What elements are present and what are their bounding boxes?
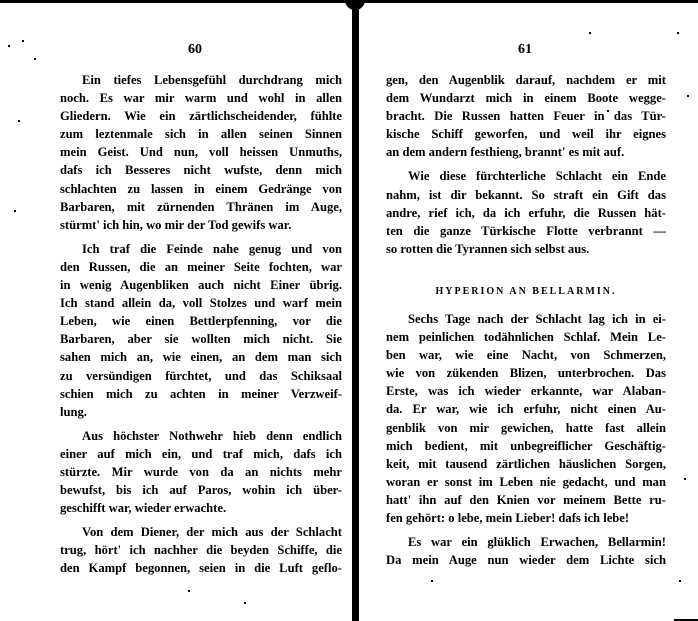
text-line: gen, den Augenblik darauf, nachdem er mi… xyxy=(386,71,666,89)
text-line: bewufst, bis ich auf Paros, wohin ich üb… xyxy=(60,481,342,499)
scan-speck xyxy=(18,120,20,122)
text-line: schlachten zu lassen in einem Gedränge v… xyxy=(60,180,342,198)
text-line: keit, mit tausend zärtlichen häuslichen … xyxy=(386,455,666,473)
text-line: Sechs Tage nach der Schlacht lag ich in … xyxy=(386,310,666,328)
paragraph: Es war ein glüklich Erwachen, Bellarmin!… xyxy=(386,533,666,569)
paragraph: Ich traf die Feinde nahe genug und von d… xyxy=(60,240,342,421)
scan-speck xyxy=(607,110,609,112)
text-line: hatt' ihn auf den Knien vor meinem Bette… xyxy=(386,491,666,509)
section-heading: HYPERION AN BELLARMIN. xyxy=(386,280,666,304)
text-line: noch. Es war mir warm und wohl in allen xyxy=(60,89,342,107)
text-line: dafs ich Besseres nicht wufste, denn mic… xyxy=(60,161,342,179)
text-line: mein Geist. Und nun, voll heissen Unmuth… xyxy=(60,143,342,161)
text-line: ben war, wie eine Nacht, von Schmerzen, xyxy=(386,346,666,364)
text-line: stürzte. Mir wurde von da an nichts mehr xyxy=(60,463,342,481)
text-line: in wenig Augenbliken auch nicht Einer üb… xyxy=(60,276,342,294)
text-line: Gliedern. Wie ein zärtlichscheidender, f… xyxy=(60,107,342,125)
scan-speck xyxy=(8,45,10,47)
text-line: Aus höchster Nothwehr hieb denn endlich xyxy=(60,427,342,445)
scan-speck xyxy=(684,478,686,480)
text-line: so rotten die Tyrannen sich selbst aus. xyxy=(386,240,666,258)
text-line: woran er sonst im Leben nie gedacht, und… xyxy=(386,473,666,491)
scan-speck xyxy=(589,32,591,34)
text-line: den Russen, die an meiner Seite fochten,… xyxy=(60,258,342,276)
paragraph: Ein tiefes Lebensgefühl durchdrang mich … xyxy=(60,71,342,234)
page-number-left: 60 xyxy=(188,42,202,58)
scan-speck xyxy=(677,32,679,34)
text-line: Wie diese fürchterliche Schlacht ein End… xyxy=(386,167,666,185)
text-line: schien mich zu achten in meiner Verzweif… xyxy=(60,385,342,403)
text-line: dem Wundarzt mich in einem Boote wegge- xyxy=(386,89,666,107)
text-line: Barbaren, aber sie wollten mich nicht. S… xyxy=(60,330,342,348)
text-line: den Kampf begonnen, seien in die Luft ge… xyxy=(60,559,342,577)
text-line: Ein tiefes Lebensgefühl durchdrang mich xyxy=(60,71,342,89)
text-line: stürmt' ich hin, wo mir der Tod gewifs w… xyxy=(60,216,342,234)
text-line: Ich stand allein da, voll Stolzes und wa… xyxy=(60,294,342,312)
paragraph: Sechs Tage nach der Schlacht lag ich in … xyxy=(386,310,666,527)
scan-speck xyxy=(244,602,246,604)
right-page: 61 gen, den Augenblik darauf, nachdem er… xyxy=(359,0,698,621)
text-line: kische Schiff geworfen, und weil ihr eig… xyxy=(386,125,666,143)
right-page-text: gen, den Augenblik darauf, nachdem er mi… xyxy=(386,71,666,569)
text-line: Von dem Diener, der mich aus der Schlach… xyxy=(60,523,342,541)
text-line: wie von zükenden Blizen, unterbrochen. D… xyxy=(386,364,666,382)
text-line: Barbaren, mit zürnenden Thränen im Auge, xyxy=(60,198,342,216)
text-line: nem peinlichen todähnlichen Schlaf. Mein… xyxy=(386,328,666,346)
text-line: an dem andern festhieng, brannt' es mit … xyxy=(386,143,666,161)
book-gutter xyxy=(352,0,359,621)
text-line: nahm, ist dir bekannt. So straft ein Gif… xyxy=(386,186,666,204)
text-line: Da mein Auge nun wieder dem Lichte sich xyxy=(386,551,666,569)
text-line: Erste, was ich wieder erkannte, war Alab… xyxy=(386,382,666,400)
text-line: sahen mich an, wie einen, an dem man sic… xyxy=(60,348,342,366)
text-line: genblik von mir gewichen, hatte fast all… xyxy=(386,419,666,437)
paragraph: Wie diese fürchterliche Schlacht ein End… xyxy=(386,167,666,257)
text-line: zum leztenmale sich in allen seinen Sinn… xyxy=(60,125,342,143)
scan-speck xyxy=(22,40,24,42)
text-line: zu versündigen fürchtet, und das Schiksa… xyxy=(60,367,342,385)
scan-speck xyxy=(34,58,36,60)
page-number-right: 61 xyxy=(518,42,532,58)
paragraph: Aus höchster Nothwehr hieb denn endlich … xyxy=(60,427,342,517)
text-line: Leben, wie einen Bettlerpfenning, vor di… xyxy=(60,312,342,330)
text-line: bracht. Die Russen hatten Feuer in das T… xyxy=(386,107,666,125)
scan-speck xyxy=(14,210,16,212)
paragraph: Von dem Diener, der mich aus der Schlach… xyxy=(60,523,342,577)
scan-speck xyxy=(431,580,433,582)
scan-speck xyxy=(687,95,689,97)
left-page: 60 Ein tiefes Lebensgefühl durchdrang mi… xyxy=(0,0,352,621)
text-line: andre, rief ich, da ich erfuhr, die Russ… xyxy=(386,204,666,222)
text-line: da. Er war, wie ich erfuhr, nicht einen … xyxy=(386,400,666,418)
scan-speck xyxy=(679,580,681,582)
text-line: einer auf mich ein, und traf mich, dafs … xyxy=(60,445,342,463)
left-page-text: Ein tiefes Lebensgefühl durchdrang mich … xyxy=(60,71,342,578)
text-line: geschifft war, wieder erwachte. xyxy=(60,499,342,517)
text-line: ten die ganze Türkische Flotte verbrannt… xyxy=(386,222,666,240)
text-line: fen gehört: o lebe, mein Lieber! dafs ic… xyxy=(386,509,666,527)
text-line: Es war ein glüklich Erwachen, Bellarmin! xyxy=(386,533,666,551)
text-line: lung. xyxy=(60,403,342,421)
paragraph: gen, den Augenblik darauf, nachdem er mi… xyxy=(386,71,666,161)
scan-speck xyxy=(188,590,190,592)
text-line: trug, hört' ich nachher die beyden Schif… xyxy=(60,541,342,559)
text-line: mich bedient, mit unbegreiflicher Geschä… xyxy=(386,437,666,455)
text-line: Ich traf die Feinde nahe genug und von xyxy=(60,240,342,258)
